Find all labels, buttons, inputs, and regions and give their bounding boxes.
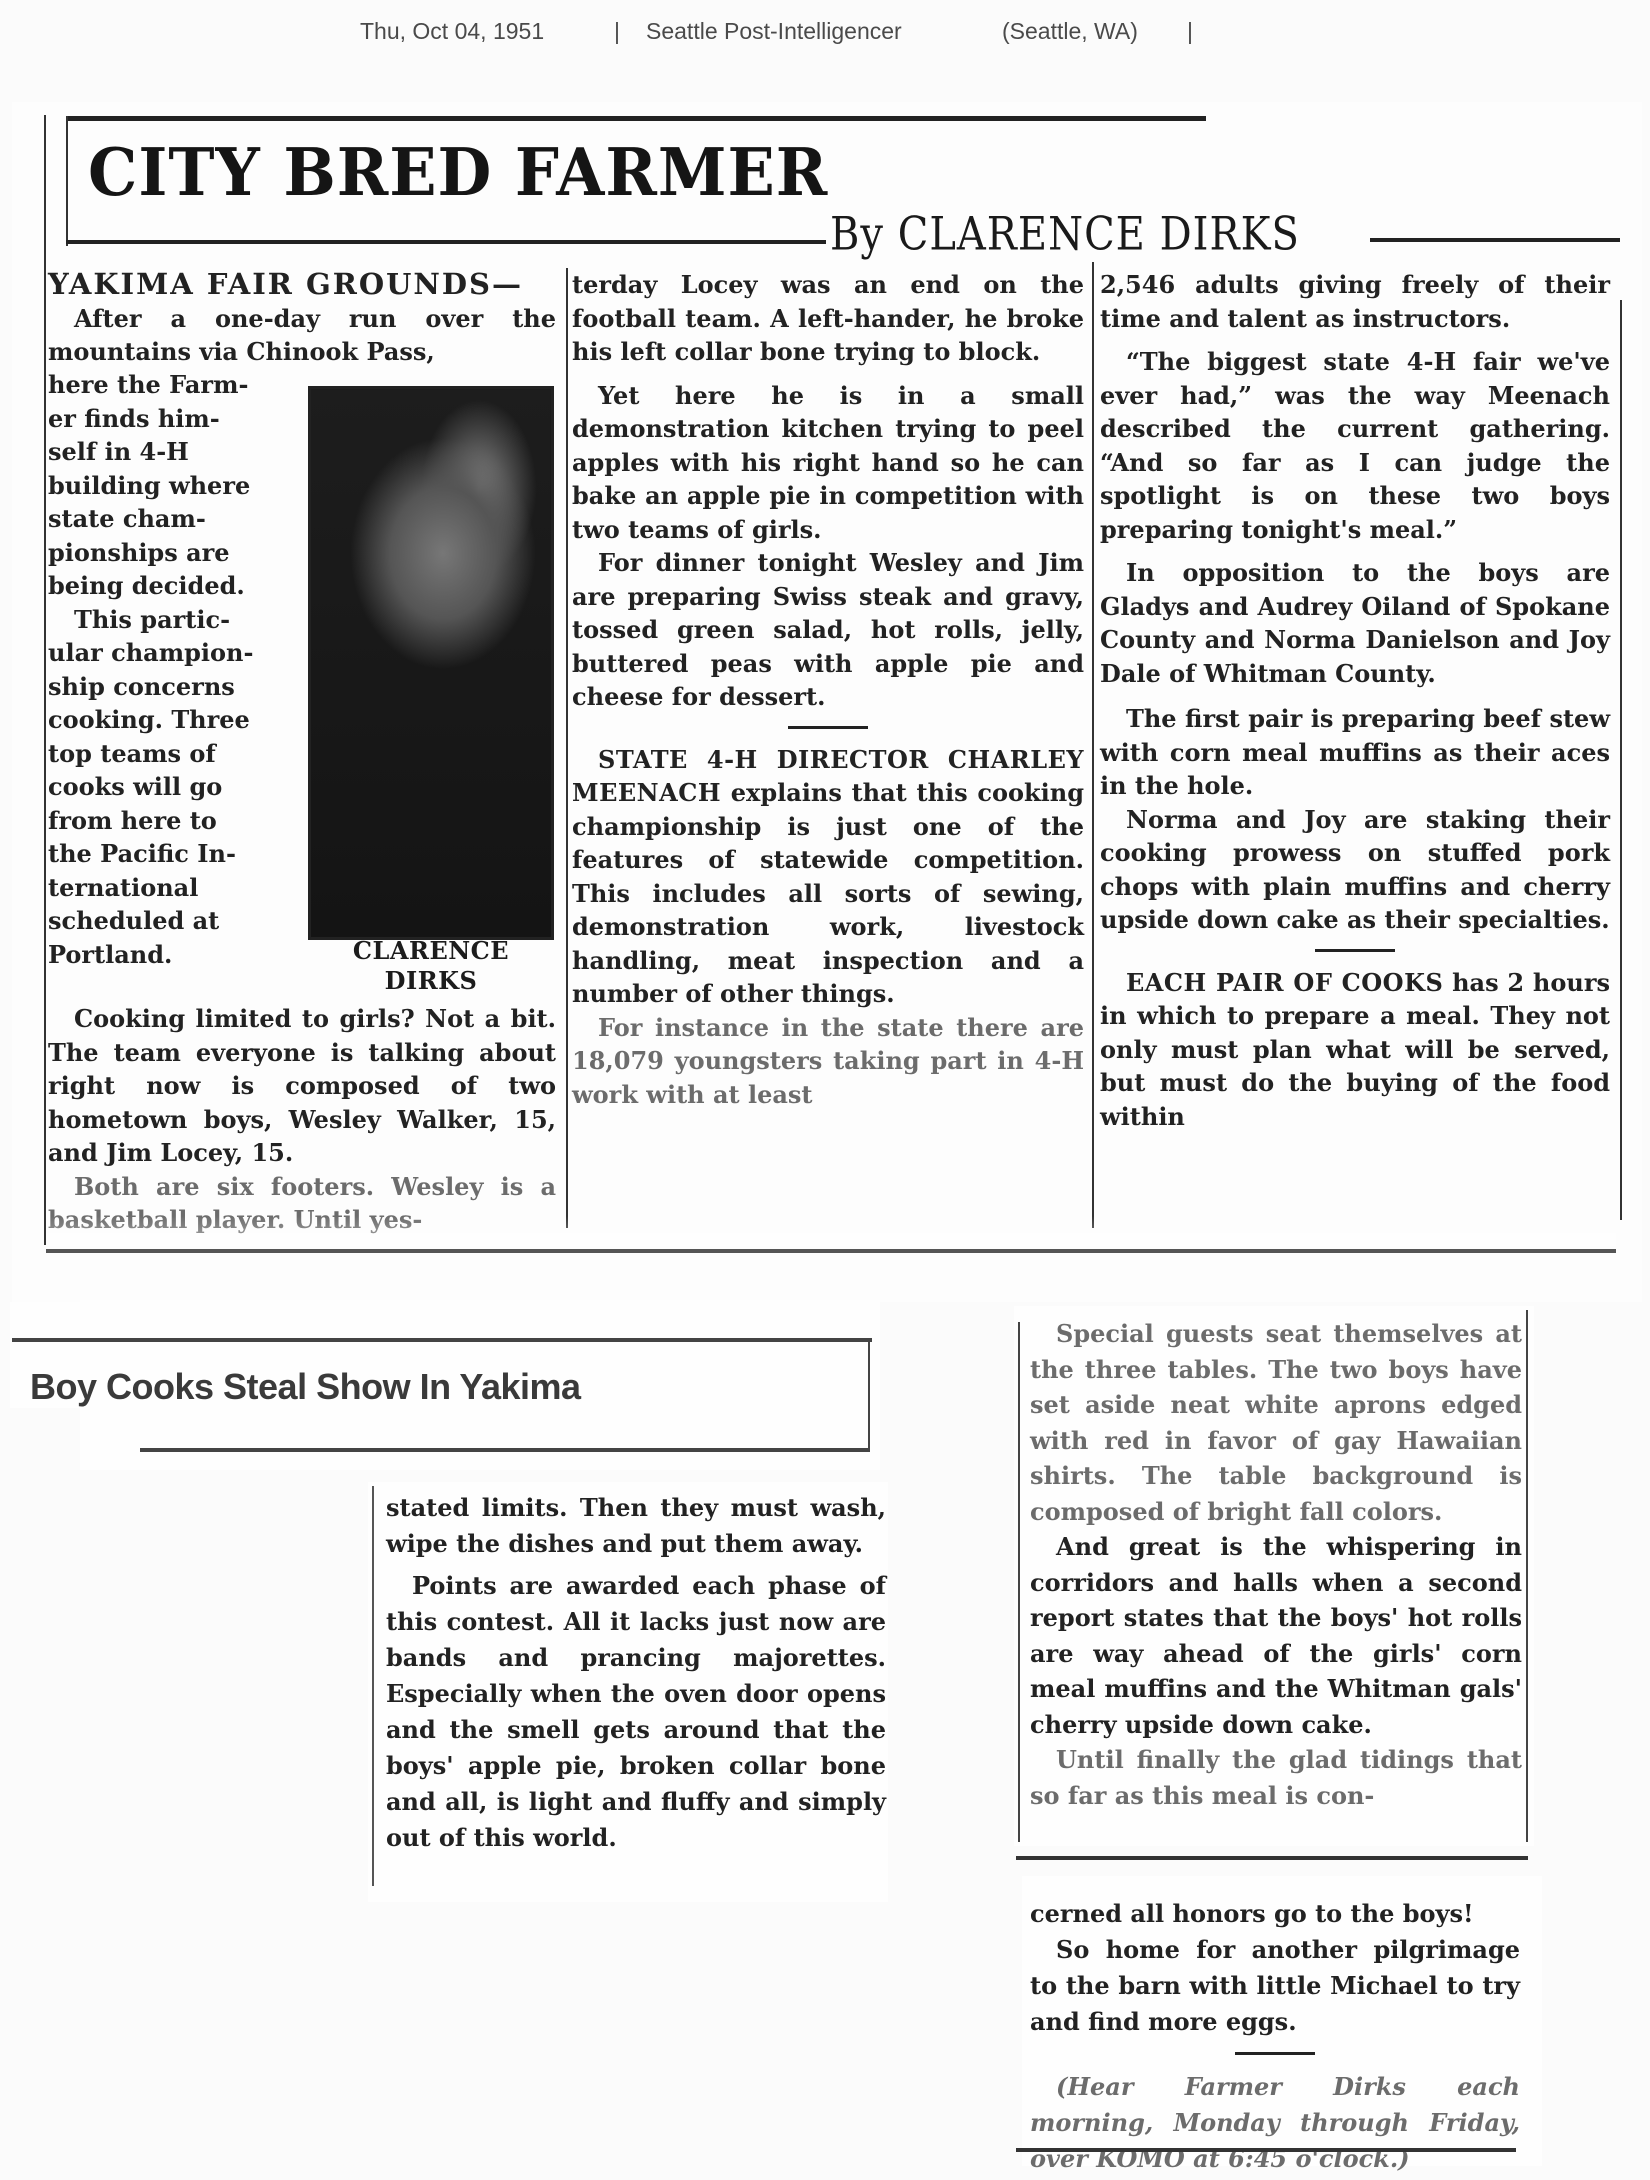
section-separator (1315, 949, 1395, 952)
paragraph-line: pionships are (48, 536, 282, 570)
headline-box-rule (66, 116, 68, 246)
photo-caption-line: CLARENCE (308, 936, 554, 966)
paragraph: For instance in the state there are 18,0… (572, 1011, 1084, 1112)
paragraph: Yet here he is in a small demonstration … (572, 379, 1084, 547)
headline-box-rule (868, 1340, 870, 1450)
paragraph-line: cooking. Three (48, 703, 282, 737)
paragraph-line: state cham- (48, 502, 282, 536)
paragraph: In opposition to the boys are Gladys and… (1100, 556, 1610, 690)
bottom-rule (1016, 1856, 1528, 1860)
paragraph-line: the Pacific In- (48, 837, 282, 871)
paragraph: After a one-day run over the mountains v… (48, 302, 556, 369)
author-photo (308, 386, 554, 940)
paragraph-line: ular champion- (48, 636, 282, 670)
left-border-rule (44, 115, 46, 1245)
column-title: CITY BRED FARMER (88, 134, 828, 211)
paragraph-line: cooks will go (48, 770, 282, 804)
paragraph-line: from here to (48, 804, 282, 838)
headline-bottom-rule (140, 1448, 870, 1452)
column-divider (372, 1486, 374, 1886)
paragraph-line: ship concerns (48, 670, 282, 704)
paragraph: So home for another pilgrimage to the ba… (1030, 1932, 1520, 2040)
paragraph-line: being decided. (48, 569, 282, 603)
article-column-2: terday Locey was an end on the football … (572, 268, 1084, 1111)
article-column-1-narrow: here the Farm- er finds him- self in 4-H… (48, 368, 282, 971)
headline-top-rule (12, 1338, 872, 1342)
continuation-headline: Boy Cooks Steal Show In Yakima (30, 1366, 581, 1408)
article-column-1-lower: Cooking limited to girls? Not a bit. The… (48, 1002, 556, 1237)
paragraph-line: self in 4-H (48, 435, 282, 469)
right-border-rule (1620, 300, 1622, 1220)
paragraph: “The biggest state 4-H fair we've ever h… (1100, 345, 1610, 546)
section-separator (788, 726, 868, 729)
continuation-column-c: cerned all honors go to the boys! So hom… (1030, 1896, 1520, 2177)
print-fade (46, 1216, 1616, 1246)
bottom-rule (46, 1249, 1616, 1253)
paragraph: Norma and Joy are staking their cooking … (1100, 803, 1610, 937)
continuation-column-a: stated limits. Then they must wash, wipe… (386, 1490, 886, 1856)
paragraph-line: here the Farm- (48, 368, 282, 402)
paragraph-line: building where (48, 469, 282, 503)
paragraph-line: This partic- (48, 603, 282, 637)
byline: By CLARENCE DIRKS (830, 208, 1300, 261)
publication-location: (Seattle, WA) (1002, 18, 1138, 45)
paragraph-line: top teams of (48, 737, 282, 771)
paragraph: Cooking limited to girls? Not a bit. The… (48, 1002, 556, 1170)
publication-date: Thu, Oct 04, 1951 (360, 18, 544, 45)
column-divider (1018, 1322, 1020, 1842)
byline-rule-left (66, 240, 826, 244)
paragraph: Until finally the glad tidings that so f… (1030, 1742, 1522, 1813)
paragraph-line: er finds him- (48, 402, 282, 436)
masthead-separator: | (1187, 18, 1193, 45)
paragraph-line: Portland. (48, 938, 282, 972)
masthead-separator: | (614, 18, 620, 45)
paragraph: explains that this cooking championship … (572, 778, 1084, 1008)
photo-caption: CLARENCE DIRKS (308, 936, 554, 996)
paragraph: The first pair is preparing beef stew wi… (1100, 702, 1610, 803)
section-separator (1235, 2052, 1315, 2055)
paragraph: And great is the whispering in corridors… (1030, 1529, 1522, 1742)
paragraph: stated limits. Then they must wash, wipe… (386, 1490, 886, 1562)
column-divider (1526, 1310, 1528, 1842)
headline-top-rule (66, 116, 1206, 121)
paragraph: terday Locey was an end on the football … (572, 268, 1084, 369)
paragraph: cerned all honors go to the boys! (1030, 1896, 1520, 1932)
dateline: YAKIMA FAIR GROUNDS— (48, 268, 556, 302)
paragraph-line: ternational (48, 871, 282, 905)
paragraph: 2,546 adults giving freely of their time… (1100, 268, 1610, 335)
publication-name: Seattle Post-Intelligencer (646, 18, 902, 45)
paragraph-line: scheduled at (48, 904, 282, 938)
continuation-column-b: Special guests seat themselves at the th… (1030, 1316, 1522, 1813)
bottom-rule (1016, 2148, 1516, 2152)
byline-rule-right (1370, 238, 1620, 242)
column-divider (1092, 262, 1094, 1228)
article-column-1: YAKIMA FAIR GROUNDS— After a one-day run… (48, 268, 556, 369)
clipping-masthead: Thu, Oct 04, 1951 | Seattle Post-Intelli… (0, 14, 1650, 54)
paragraph: Points are awarded each phase of this co… (386, 1568, 886, 1856)
article-column-3: 2,546 adults giving freely of their time… (1100, 268, 1610, 1133)
column-divider (566, 268, 568, 1228)
subhead-lead: EACH PAIR OF COOKS (1126, 968, 1443, 997)
paragraph: Special guests seat themselves at the th… (1030, 1316, 1522, 1529)
paragraph: For dinner tonight Wesley and Jim are pr… (572, 546, 1084, 714)
photo-caption-line: DIRKS (308, 966, 554, 996)
radio-note: (Hear Farmer Dirks each morning, Monday … (1030, 2069, 1520, 2177)
